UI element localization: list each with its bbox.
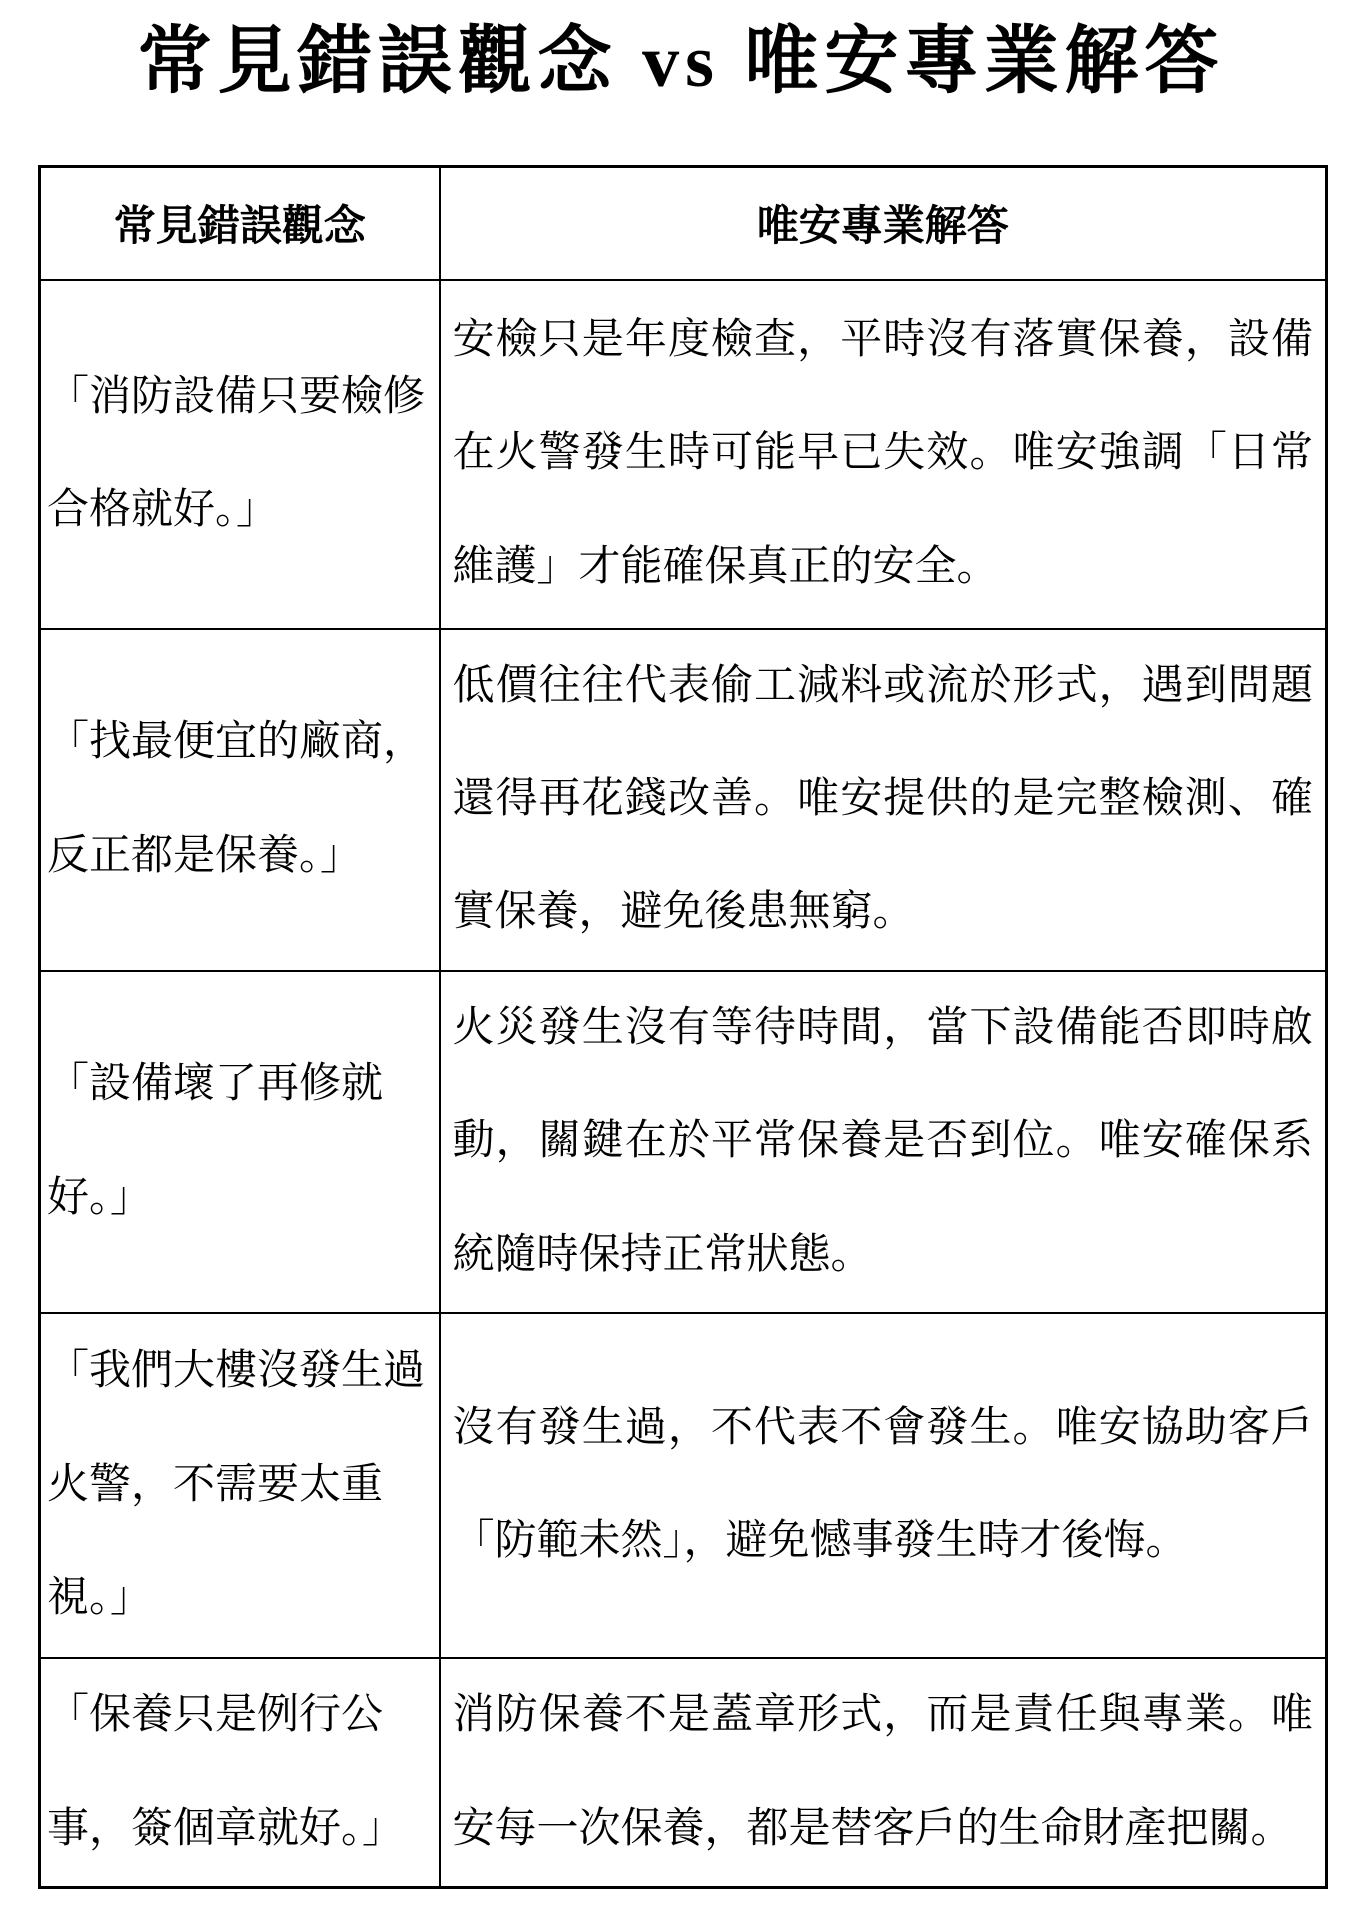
page-root: 常見錯誤觀念 vs 唯安專業解答 常見錯誤觀念 唯安專業解答 「消防設備只要檢修…: [0, 0, 1362, 1920]
comparison-table: 常見錯誤觀念 唯安專業解答 「消防設備只要檢修合格就好。」 安檢只是年度檢查，平…: [38, 165, 1328, 1889]
answer-cell: 安檢只是年度檢查，平時沒有落實保養，設備在火警發生時可能早已失效。唯安強調「日常…: [440, 280, 1327, 629]
page-title: 常見錯誤觀念 vs 唯安專業解答: [0, 20, 1362, 105]
table-row: 「找最便宜的廠商，反正都是保養。」 低價往往代表偷工減料或流於形式，遇到問題還得…: [40, 629, 1327, 971]
table-header-row: 常見錯誤觀念 唯安專業解答: [40, 167, 1327, 280]
misconception-cell: 「找最便宜的廠商，反正都是保養。」: [40, 629, 440, 971]
table-row: 「保養只是例行公事，簽個章就好。」 消防保養不是蓋章形式，而是責任與專業。唯安每…: [40, 1658, 1327, 1888]
misconception-cell: 「設備壞了再修就好。」: [40, 971, 440, 1313]
misconception-cell: 「消防設備只要檢修合格就好。」: [40, 280, 440, 629]
header-cell-misconception: 常見錯誤觀念: [40, 167, 440, 280]
answer-cell: 沒有發生過，不代表不會發生。唯安協助客戶「防範未然」，避免憾事發生時才後悔。: [440, 1313, 1327, 1658]
answer-cell: 消防保養不是蓋章形式，而是責任與專業。唯安每一次保養，都是替客戶的生命財產把關。: [440, 1658, 1327, 1888]
table-row: 「我們大樓沒發生過火警，不需要太重視。」 沒有發生過，不代表不會發生。唯安協助客…: [40, 1313, 1327, 1658]
header-cell-answer: 唯安專業解答: [440, 167, 1327, 280]
answer-cell: 低價往往代表偷工減料或流於形式，遇到問題還得再花錢改善。唯安提供的是完整檢測、確…: [440, 629, 1327, 971]
table-row: 「設備壞了再修就好。」 火災發生沒有等待時間，當下設備能否即時啟動，關鍵在於平常…: [40, 971, 1327, 1313]
misconception-cell: 「我們大樓沒發生過火警，不需要太重視。」: [40, 1313, 440, 1658]
answer-cell: 火災發生沒有等待時間，當下設備能否即時啟動，關鍵在於平常保養是否到位。唯安確保系…: [440, 971, 1327, 1313]
table-row: 「消防設備只要檢修合格就好。」 安檢只是年度檢查，平時沒有落實保養，設備在火警發…: [40, 280, 1327, 629]
misconception-cell: 「保養只是例行公事，簽個章就好。」: [40, 1658, 440, 1888]
